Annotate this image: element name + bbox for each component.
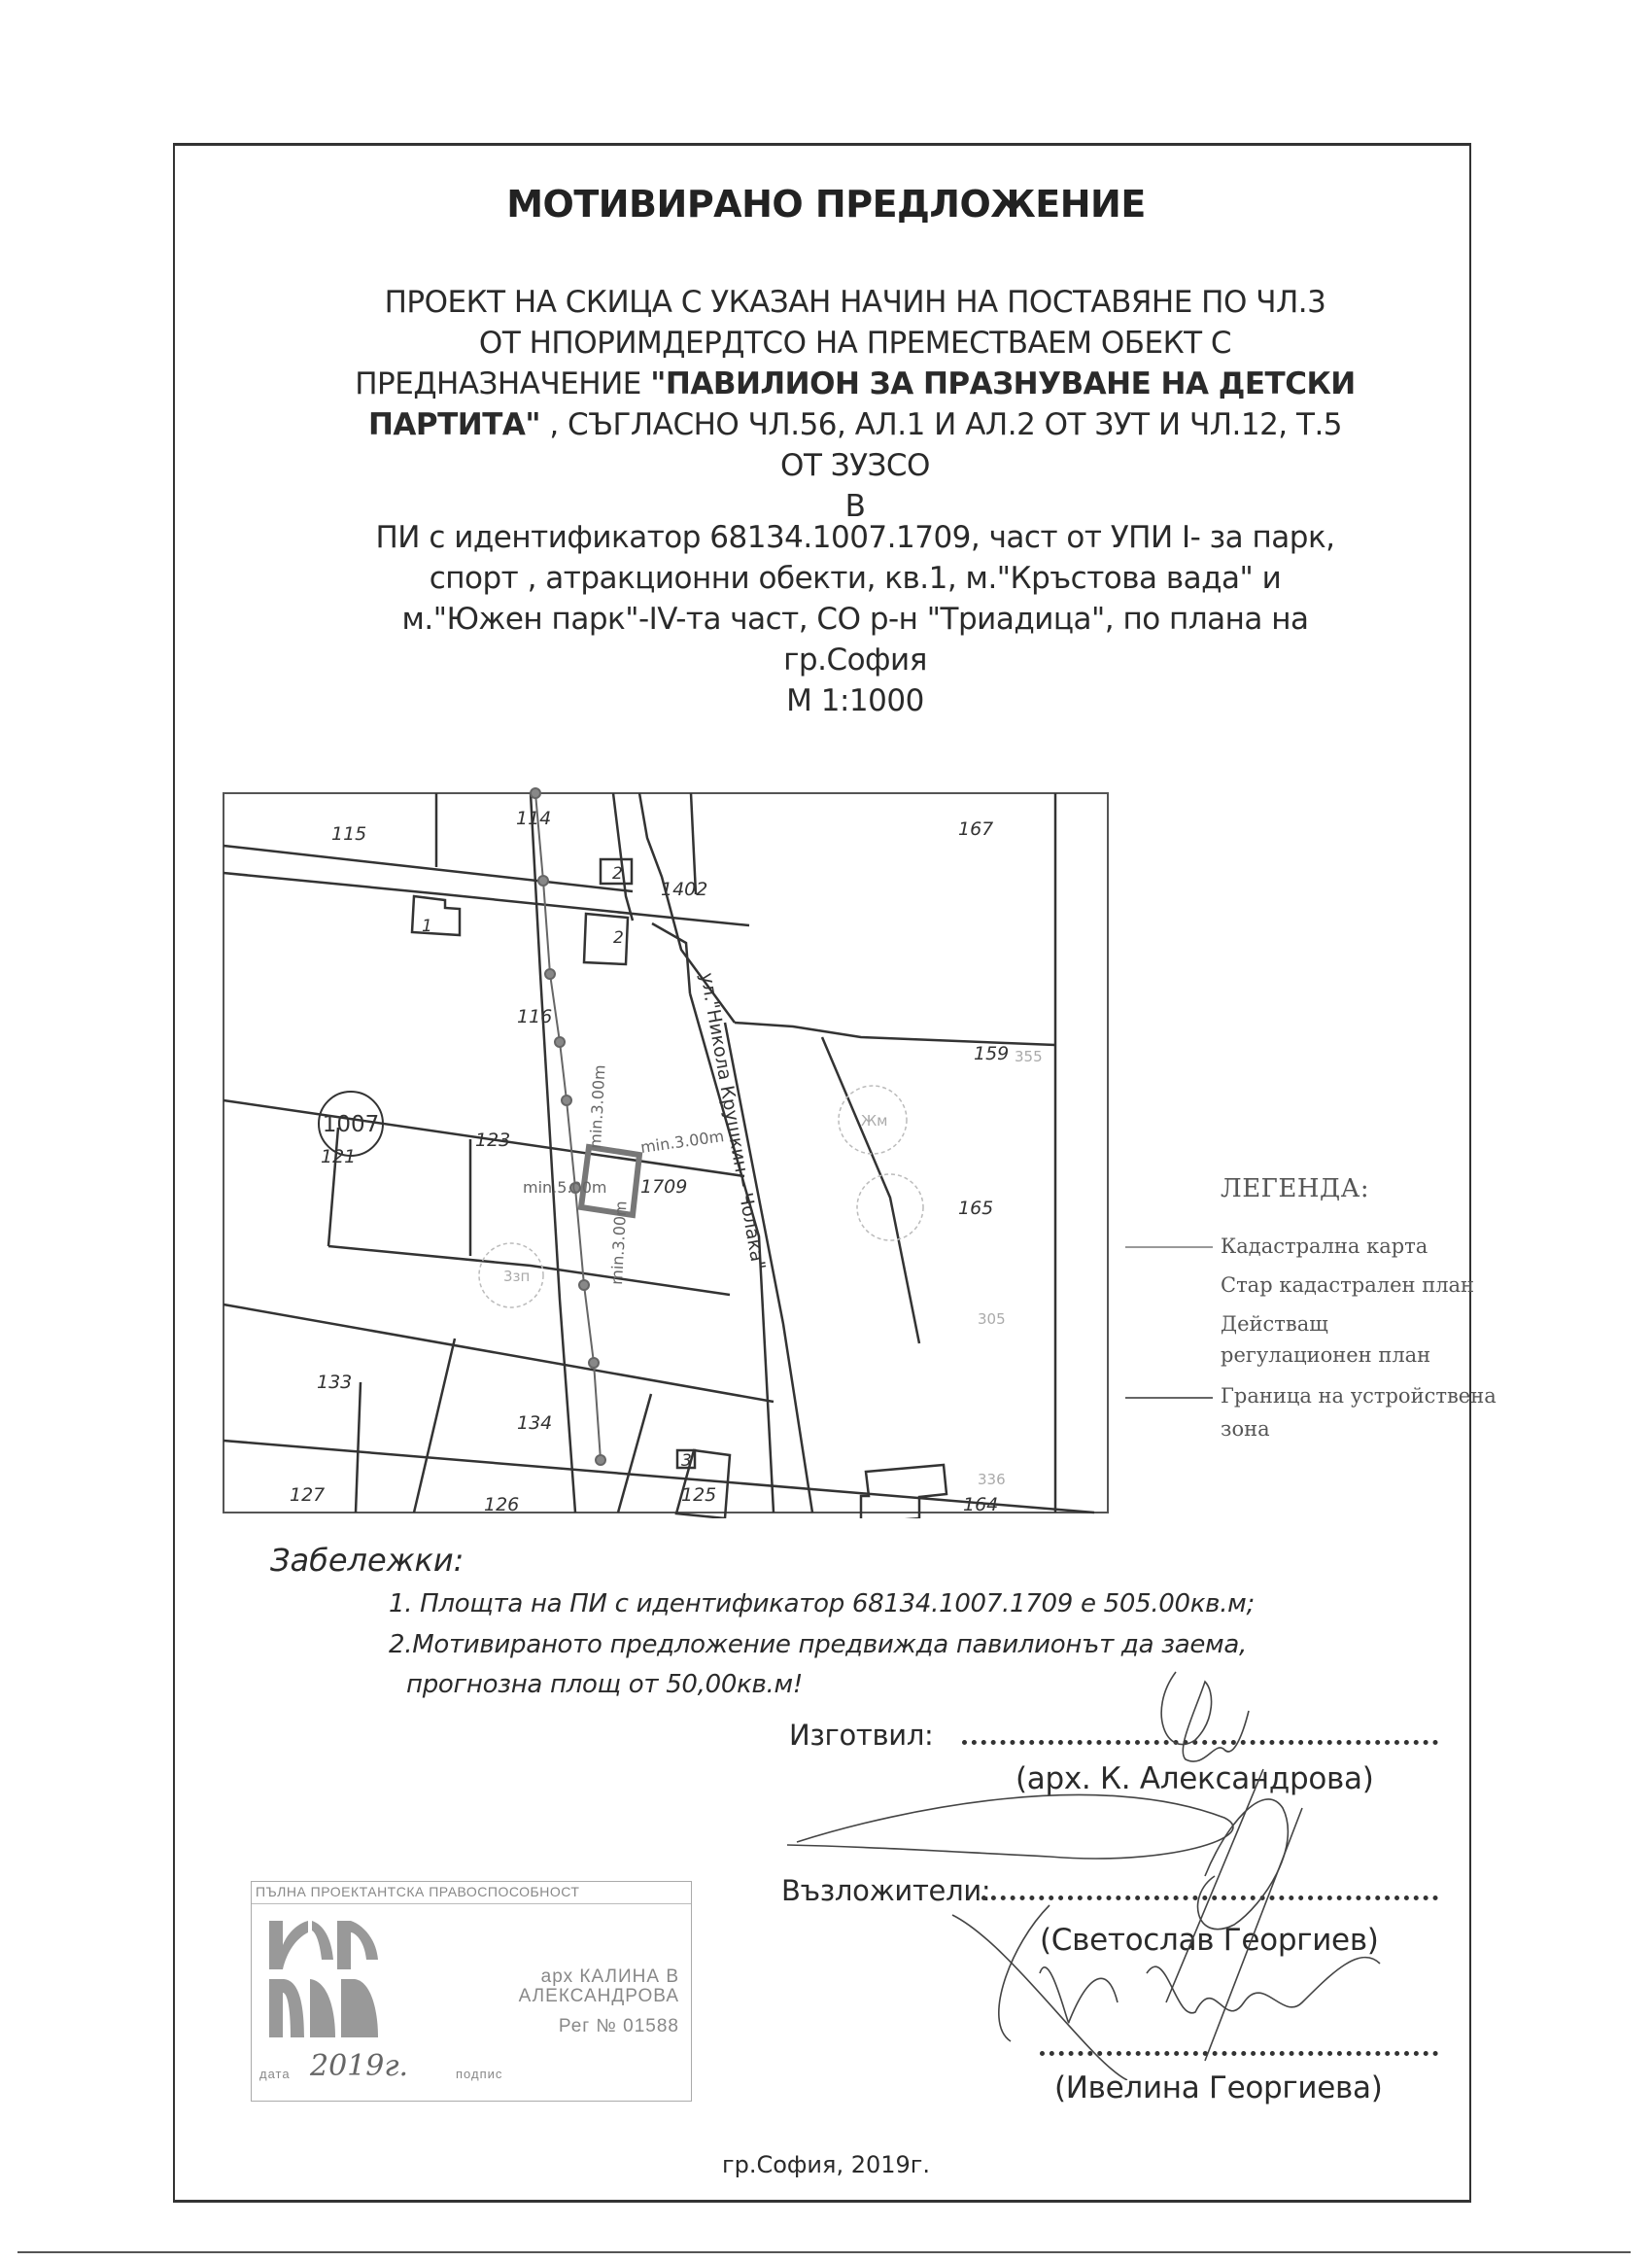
building-label: 2: [612, 864, 623, 884]
stamp-registration: Рег № 01588: [559, 2016, 679, 2037]
note-item: 1. Площта на ПИ с идентификатор 68134.10…: [389, 1589, 1255, 1618]
stamp-architect-name: арх КАЛИНА В АЛЕКСАНДРОВА: [519, 1967, 679, 2006]
stamp-divider: [252, 1903, 691, 1904]
handwritten-signatures: [758, 1652, 1535, 2080]
location-line: ПИ с идентификатор 68134.1007.1709, част…: [282, 517, 1428, 558]
plot-label: 1709: [640, 1176, 687, 1198]
plot-label: 134: [517, 1412, 552, 1434]
plot-label: 164: [963, 1494, 998, 1515]
page-edge-rule: [17, 2251, 1631, 2253]
plot-label: 115: [331, 823, 366, 845]
subtitle-line: ПАРТИТА" , СЪГЛАСНО ЧЛ.56, АЛ.1 И АЛ.2 О…: [282, 404, 1428, 445]
note-item: прогнозна площ от 50,00кв.м!: [406, 1670, 803, 1699]
faded-label: 3зп: [503, 1268, 530, 1285]
faded-label: 355: [1015, 1048, 1043, 1065]
stamp-name-line: АЛЕКСАНДРОВА: [519, 1987, 679, 2006]
faded-label: 336: [978, 1471, 1006, 1488]
plot-label: 127: [290, 1484, 325, 1506]
map-scale: М 1:1000: [282, 680, 1428, 721]
subtitle-bold: "ПАВИЛИОН ЗА ПРАЗНУВАНЕ НА ДЕТСКИ: [650, 366, 1356, 401]
plot-label: 114: [516, 808, 551, 829]
building-label: 2: [613, 928, 624, 948]
subtitle-text: ПРЕДНАЗНАЧЕНИЕ: [355, 366, 650, 401]
stamp-date-value: 2019г.: [310, 2049, 408, 2083]
building-label: 1: [422, 917, 432, 936]
block-number: 1007: [323, 1112, 380, 1137]
legend-item: Стар кадастрален план: [1221, 1271, 1474, 1299]
plot-label: 126: [484, 1494, 519, 1515]
street-label: ул."Никола Крушкин – Чолака": [696, 971, 770, 1271]
building-label: 3: [681, 1451, 692, 1471]
architect-stamp: ПЪЛНА ПРОЕКТАНТСКА ПРАВОСПОСОБНОСТ арх К…: [251, 1881, 692, 2102]
stamp-signature-label: подпис: [456, 2067, 502, 2081]
chamber-logo-icon: [269, 1921, 378, 2037]
document-title: МОТИВИРАНО ПРЕДЛОЖЕНИЕ: [0, 183, 1652, 226]
stamp-date-label: дата: [259, 2067, 291, 2081]
plot-label: 167: [958, 818, 993, 840]
location-line: спорт , атракционни обекти, кв.1, м."Кръ…: [282, 558, 1428, 599]
legend-item: регулационен план: [1221, 1341, 1430, 1369]
dimension-label: min.3.00m: [607, 1200, 630, 1285]
location-line: гр.София: [282, 640, 1428, 680]
legend-item: Действащ: [1221, 1310, 1328, 1338]
notes-heading: Забележки:: [270, 1542, 464, 1579]
plot-label: 1402: [661, 879, 707, 900]
property-location: ПИ с идентификатор 68134.1007.1709, част…: [282, 517, 1428, 721]
legend-item: Кадастрална карта: [1221, 1233, 1428, 1260]
subtitle-line: ПРЕДНАЗНАЧЕНИЕ "ПАВИЛИОН ЗА ПРАЗНУВАНЕ Н…: [282, 364, 1428, 404]
plot-label: 116: [517, 1006, 552, 1027]
location-line: м."Южен парк"-IV-та част, СО р-н "Триади…: [282, 599, 1428, 640]
cadastral-map-line-icon: [1125, 1246, 1213, 1248]
subtitle-line: ОТ ЗУЗСО: [282, 445, 1428, 486]
faded-label: Жм: [861, 1112, 887, 1130]
subtitle-line: ПРОЕКТ НА СКИЦА С УКАЗАН НАЧИН НА ПОСТАВ…: [282, 282, 1428, 323]
subtitle-line: ОТ НПОРИМДЕРДТСО НА ПРЕМЕСТВАЕМ ОБЕКТ С: [282, 323, 1428, 364]
plot-label: 121: [321, 1146, 356, 1167]
dimension-label: min.3.00m: [586, 1064, 608, 1149]
plot-label: 123: [475, 1130, 510, 1151]
legend-item: зона: [1221, 1415, 1270, 1443]
plot-label: 125: [681, 1484, 716, 1506]
plot-label: 133: [317, 1372, 352, 1393]
subtitle-text: , СЪГЛАСНО ЧЛ.56, АЛ.1 И АЛ.2 ОТ ЗУТ И Ч…: [540, 407, 1342, 442]
dimension-label: min.5.00m: [523, 1178, 606, 1197]
footer-place-date: гр.София, 2019г.: [0, 2151, 1652, 2178]
document-subtitle: ПРОЕКТ НА СКИЦА С УКАЗАН НАЧИН НА ПОСТАВ…: [282, 282, 1428, 527]
zone-boundary-line-icon: [1125, 1397, 1213, 1399]
cadastral-map: 115 114 1402 167 116 159 123 121 1709 16…: [220, 780, 1114, 1518]
subtitle-bold: ПАРТИТА": [368, 407, 540, 442]
stamp-name-line: арх КАЛИНА В: [519, 1967, 679, 1987]
faded-label: 305: [978, 1310, 1006, 1328]
legend-title: ЛЕГЕНДА:: [1221, 1174, 1369, 1203]
dimension-label: min.3.00m: [639, 1127, 725, 1157]
plot-label: 165: [958, 1198, 993, 1219]
plot-label: 159: [974, 1043, 1009, 1064]
legend-item: Граница на устройствена: [1221, 1382, 1497, 1409]
stamp-header: ПЪЛНА ПРОЕКТАНТСКА ПРАВОСПОСОБНОСТ: [256, 1884, 579, 1899]
